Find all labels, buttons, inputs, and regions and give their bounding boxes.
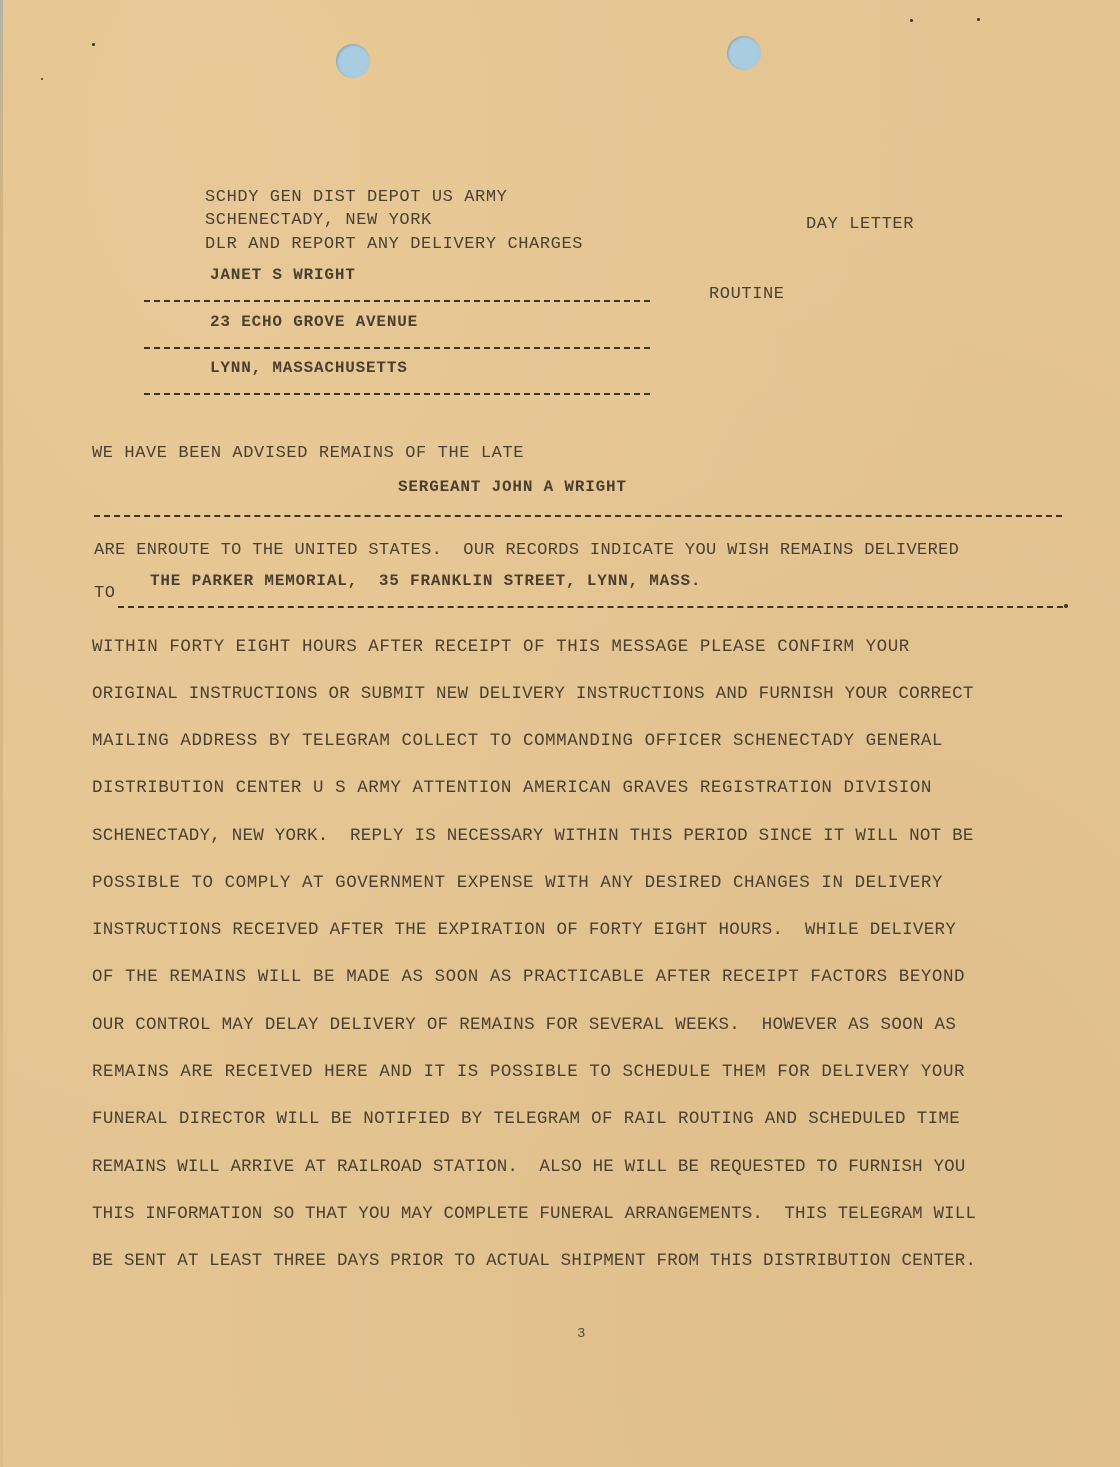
punch-hole-right [727, 36, 761, 70]
body-line: SCHENECTADY, NEW YORK. REPLY IS NECESSAR… [92, 826, 974, 846]
body-line: BE SENT AT LEAST THREE DAYS PRIOR TO ACT… [92, 1251, 976, 1271]
recipient-street-underline [144, 347, 650, 349]
body-line: POSSIBLE TO COMPLY AT GOVERNMENT EXPENSE… [92, 873, 943, 893]
paper-speck [977, 18, 980, 21]
delivery-destination: THE PARKER MEMORIAL, 35 FRANKLIN STREET,… [150, 571, 701, 591]
sender-line-1: SCHDY GEN DIST DEPOT US ARMY [205, 188, 507, 208]
body-line: DISTRIBUTION CENTER U S ARMY ATTENTION A… [92, 778, 932, 798]
paper-speck [92, 43, 95, 46]
priority: ROUTINE [709, 285, 785, 305]
message-class: DAY LETTER [806, 215, 914, 235]
body-line: THIS INFORMATION SO THAT YOU MAY COMPLET… [92, 1204, 976, 1224]
body-line: MAILING ADDRESS BY TELEGRAM COLLECT TO C… [92, 731, 943, 751]
deceased-name: SERGEANT JOHN A WRIGHT [398, 477, 627, 497]
body-line: WITHIN FORTY EIGHT HOURS AFTER RECEIPT O… [92, 637, 910, 657]
paper-left-edge [0, 0, 3, 1467]
recipient-name-underline [144, 300, 650, 302]
recipient-street: 23 ECHO GROVE AVENUE [210, 312, 418, 332]
body-line: OF THE REMAINS WILL BE MADE AS SOON AS P… [92, 967, 965, 987]
recipient-name: JANET S WRIGHT [210, 265, 356, 285]
body-line: REMAINS ARE RECEIVED HERE AND IT IS POSS… [92, 1062, 965, 1082]
body-line: FUNERAL DIRECTOR WILL BE NOTIFIED BY TEL… [92, 1109, 960, 1129]
to-label: TO [94, 584, 116, 604]
intro-text: WE HAVE BEEN ADVISED REMAINS OF THE LATE [92, 444, 524, 464]
footer-mark: 3 [577, 1324, 586, 1344]
body-line: INSTRUCTIONS RECEIVED AFTER THE EXPIRATI… [92, 920, 956, 940]
body-line: ORIGINAL INSTRUCTIONS OR SUBMIT NEW DELI… [92, 684, 974, 704]
recipient-city: LYNN, MASSACHUSETTS [210, 358, 408, 378]
destination-underline [118, 606, 1063, 608]
punch-hole-left [336, 44, 370, 78]
body-line: OUR CONTROL MAY DELAY DELIVERY OF REMAIN… [92, 1015, 956, 1035]
body-line: REMAINS WILL ARRIVE AT RAILROAD STATION.… [92, 1157, 965, 1177]
enroute-text: ARE ENROUTE TO THE UNITED STATES. OUR RE… [94, 541, 959, 561]
deceased-underline [94, 515, 1062, 517]
paper-speck [41, 78, 43, 80]
recipient-city-underline [144, 393, 650, 395]
paper-speck [910, 19, 913, 22]
sender-line-2: SCHENECTADY, NEW YORK [205, 211, 432, 231]
destination-period [1064, 604, 1068, 608]
sender-line-3: DLR AND REPORT ANY DELIVERY CHARGES [205, 235, 583, 255]
